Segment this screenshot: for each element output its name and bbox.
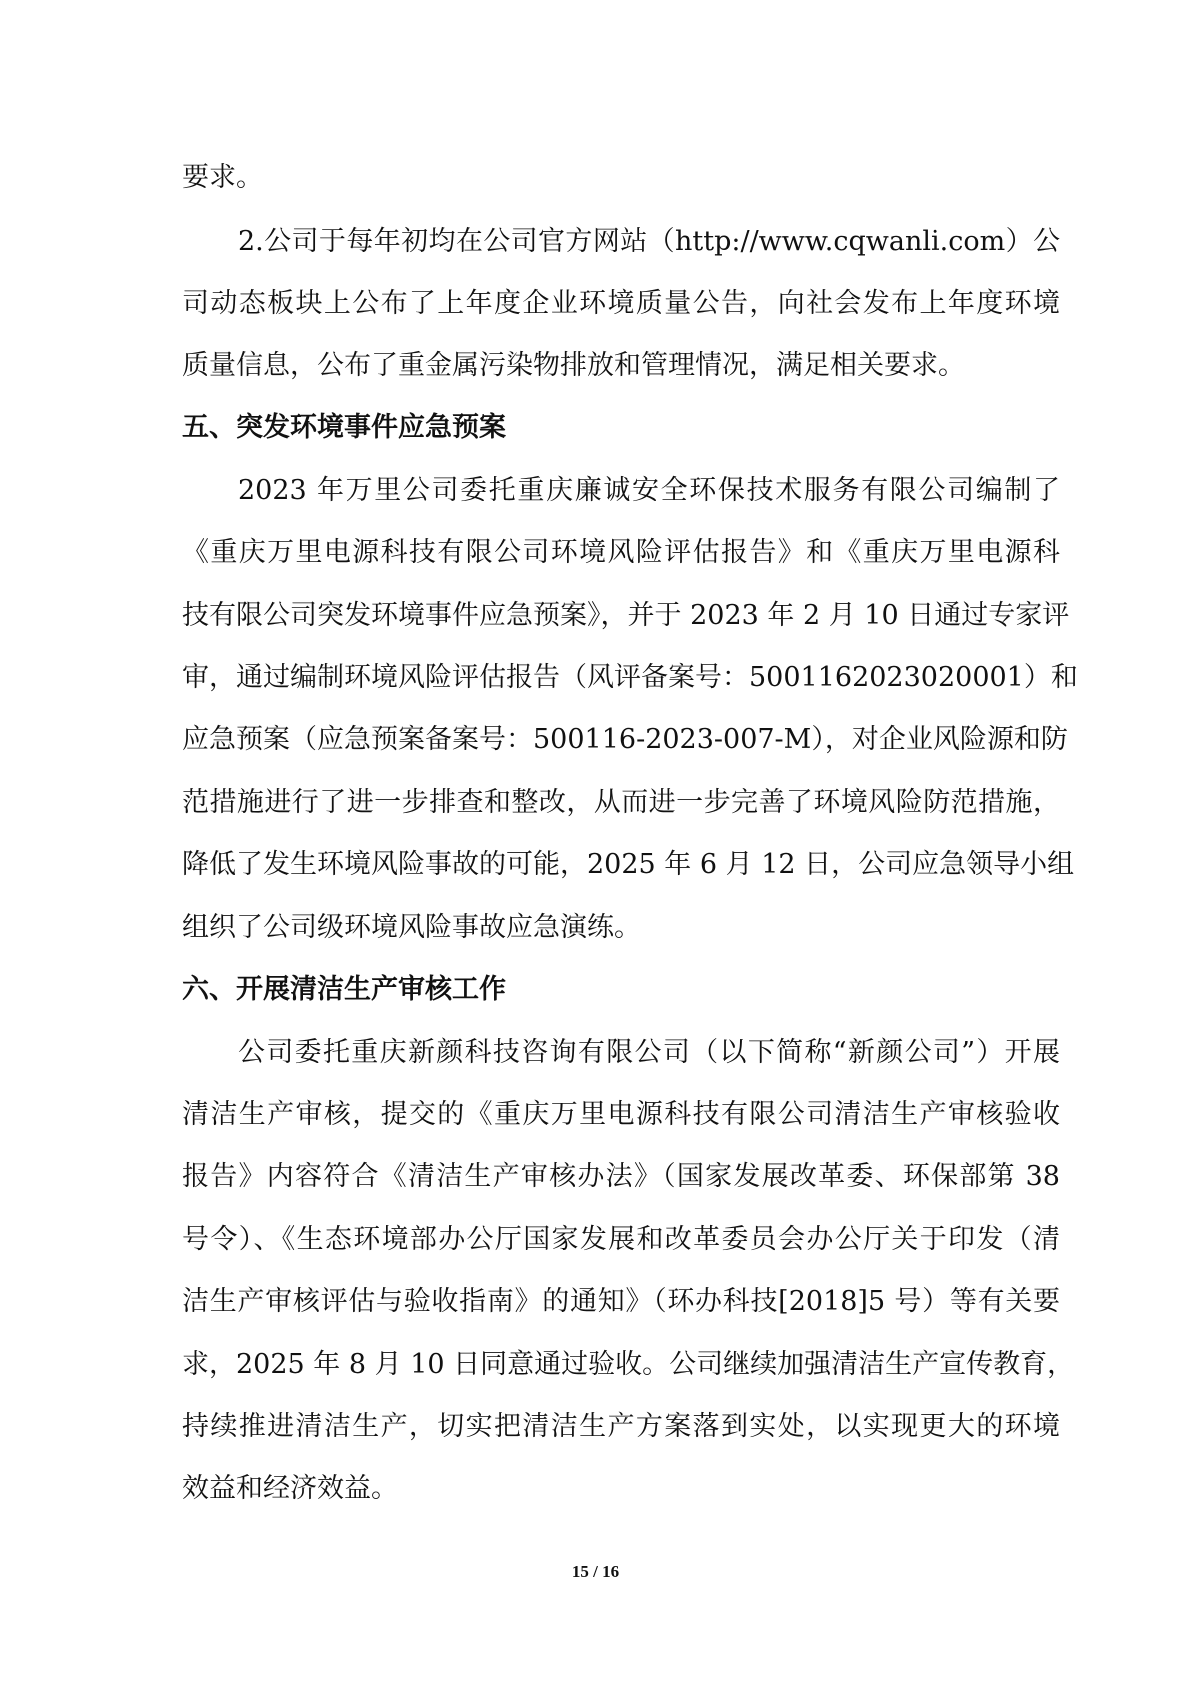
paragraph-line: 司动态板块上公布了上年度企业环境质量公告，向社会发布上年度环境 bbox=[182, 284, 1060, 324]
paragraph-line: 审，通过编制环境风险评估报告（风评备案号：5001162023020001）和 bbox=[182, 658, 1060, 698]
paragraph-line: 范措施进行了进一步排查和整改，从而进一步完善了环境风险防范措施， bbox=[182, 783, 1060, 823]
paragraph-line: 求，2025 年 8 月 10 日同意通过验收。公司继续加强清洁生产宣传教育， bbox=[182, 1345, 1060, 1385]
paragraph-line: 号令）、《生态环境部办公厅国家发展和改革委员会办公厅关于印发（清 bbox=[182, 1220, 1060, 1260]
paragraph-line: 报告》内容符合《清洁生产审核办法》（国家发展改革委、环保部第 38 bbox=[182, 1157, 1060, 1197]
page-number: 15 / 16 bbox=[0, 1562, 1191, 1582]
section-heading-emergency-plan: 五、突发环境事件应急预案 bbox=[182, 408, 1060, 448]
paragraph-line: 应急预案（应急预案备案号：500116-2023-007-M），对企业风险源和防 bbox=[182, 720, 1060, 760]
paragraph-line: 2023 年万里公司委托重庆廉诚安全环保技术服务有限公司编制了 bbox=[238, 471, 1060, 511]
paragraph-line: 组织了公司级环境风险事故应急演练。 bbox=[182, 908, 1060, 948]
document-page: 要求。 2.公司于每年初均在公司官方网站（http://www.cqwanli.… bbox=[0, 0, 1191, 1684]
paragraph-line: 质量信息，公布了重金属污染物排放和管理情况，满足相关要求。 bbox=[182, 346, 1060, 386]
paragraph-line: 降低了发生环境风险事故的可能，2025 年 6 月 12 日，公司应急领导小组 bbox=[182, 845, 1060, 885]
paragraph-line: 效益和经济效益。 bbox=[182, 1469, 1060, 1509]
paragraph-line: 2.公司于每年初均在公司官方网站（http://www.cqwanli.com）… bbox=[238, 222, 1060, 262]
paragraph-line: 要求。 bbox=[182, 158, 1060, 198]
paragraph-line: 《重庆万里电源科技有限公司环境风险评估报告》和《重庆万里电源科 bbox=[182, 533, 1060, 573]
section-heading-cleaner-production: 六、开展清洁生产审核工作 bbox=[182, 970, 1060, 1010]
paragraph-line: 持续推进清洁生产，切实把清洁生产方案落到实处，以实现更大的环境 bbox=[182, 1407, 1060, 1447]
paragraph-line: 技有限公司突发环境事件应急预案》，并于 2023 年 2 月 10 日通过专家评 bbox=[182, 596, 1060, 636]
paragraph-line: 公司委托重庆新颜科技咨询有限公司（以下简称“新颜公司”）开展 bbox=[238, 1033, 1060, 1073]
paragraph-line: 清洁生产审核，提交的《重庆万里电源科技有限公司清洁生产审核验收 bbox=[182, 1095, 1060, 1135]
paragraph-line: 洁生产审核评估与验收指南》的通知》（环办科技[2018]5 号）等有关要 bbox=[182, 1282, 1060, 1322]
